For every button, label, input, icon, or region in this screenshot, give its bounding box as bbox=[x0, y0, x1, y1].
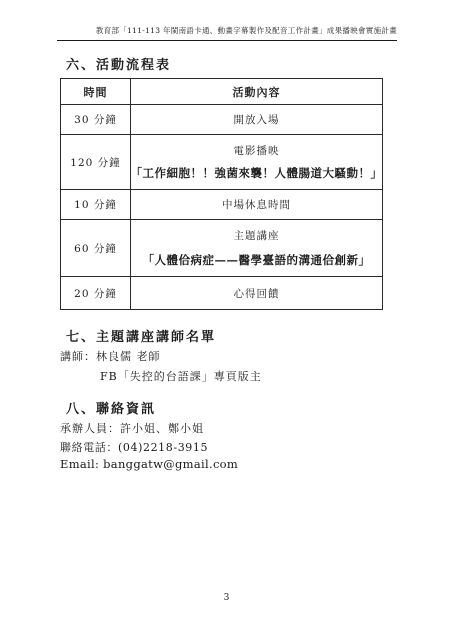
document-page: 教育部「111-113 年閩南語卡通、動畫字幕製作及配音工作計畫」成果播映會實施… bbox=[0, 0, 453, 640]
table-row: 120 分鐘 電影播映 「工作細胞！！強菌來襲！人體腸道大騷動！」 bbox=[61, 135, 383, 190]
cell-content: 主題講座 「人體佮病症——醫學臺語的溝通佮創新」 bbox=[131, 220, 383, 277]
cell-time: 120 分鐘 bbox=[61, 135, 131, 190]
schedule-table: 時間 活動內容 30 分鐘 開放入場 120 分鐘 電影播映 「工作細胞！！強菌… bbox=[60, 78, 383, 310]
header-cell-content: 活動內容 bbox=[131, 79, 383, 105]
activity-line2: 「人體佮病症——醫學臺語的溝通佮創新」 bbox=[143, 252, 371, 268]
activity-line1: 電影播映 bbox=[234, 143, 280, 158]
cell-time: 30 分鐘 bbox=[61, 105, 131, 135]
cell-content: 中場休息時間 bbox=[131, 190, 383, 220]
contact-staff-line: 承辦人員：許小姐、鄭小姐 bbox=[60, 420, 204, 436]
page-number: 3 bbox=[0, 593, 453, 603]
section-title-lecturer: 七、主題講座講師名單 bbox=[66, 326, 216, 345]
contact-email-line: Email: banggatw@gmail.com bbox=[60, 457, 238, 471]
document-header: 教育部「111-113 年閩南語卡通、動畫字幕製作及配音工作計畫」成果播映會實施… bbox=[57, 25, 397, 41]
cell-content-stack: 主題講座 「人體佮病症——醫學臺語的溝通佮創新」 bbox=[131, 220, 382, 276]
cell-time: 10 分鐘 bbox=[61, 190, 131, 220]
table-row: 30 分鐘 開放入場 bbox=[61, 105, 383, 135]
cell-content: 心得回饋 bbox=[131, 277, 383, 310]
table-header-row: 時間 活動內容 bbox=[61, 79, 383, 105]
activity-line1: 主題講座 bbox=[234, 228, 280, 243]
cell-time: 60 分鐘 bbox=[61, 220, 131, 277]
table-row: 10 分鐘 中場休息時間 bbox=[61, 190, 383, 220]
section-title-contact: 八、聯絡資訊 bbox=[66, 398, 156, 417]
lecturer-fb-line: FB「失控的台語課」專頁版主 bbox=[100, 368, 262, 384]
table-row: 20 分鐘 心得回饋 bbox=[61, 277, 383, 310]
cell-time: 20 分鐘 bbox=[61, 277, 131, 310]
lecturer-name-line: 講師：林良儒 老師 bbox=[60, 348, 161, 364]
cell-content: 電影播映 「工作細胞！！強菌來襲！人體腸道大騷動！」 bbox=[131, 135, 383, 190]
contact-phone-line: 聯絡電話：(04)2218-3915 bbox=[60, 439, 208, 455]
cell-content-stack: 電影播映 「工作細胞！！強菌來襲！人體腸道大騷動！」 bbox=[131, 135, 382, 189]
section-title-schedule: 六、活動流程表 bbox=[66, 54, 171, 73]
table-row: 60 分鐘 主題講座 「人體佮病症——醫學臺語的溝通佮創新」 bbox=[61, 220, 383, 277]
header-cell-time: 時間 bbox=[61, 79, 131, 105]
activity-line2: 「工作細胞！！強菌來襲！人體腸道大騷動！」 bbox=[131, 165, 383, 181]
cell-content: 開放入場 bbox=[131, 105, 383, 135]
